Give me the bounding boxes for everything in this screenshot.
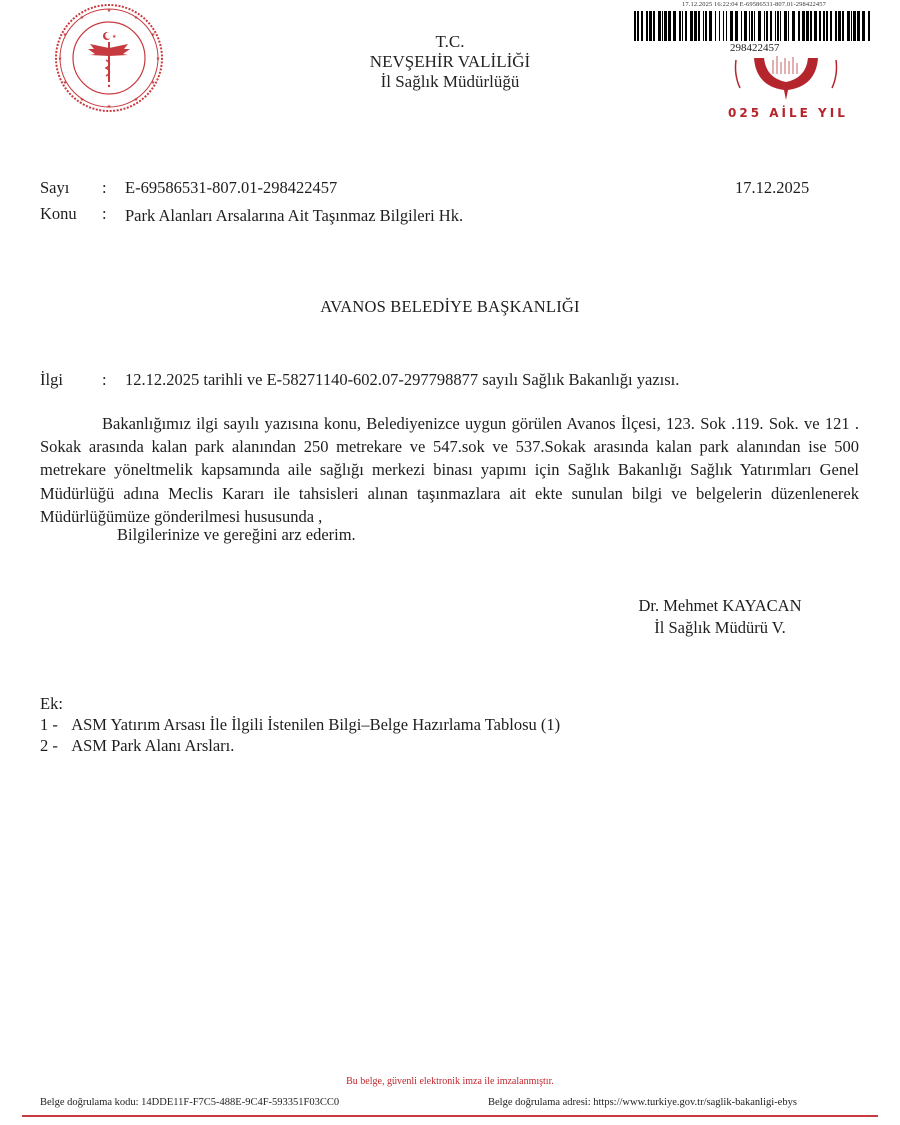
svg-text:★: ★ <box>151 32 156 38</box>
recipient-heading: AVANOS BELEDİYE BAŞKANLIĞI <box>0 297 900 317</box>
svg-text:★: ★ <box>63 80 68 86</box>
verification-code: Belge doğrulama kodu: 14DDE11F-F7C5-488E… <box>40 1097 339 1108</box>
document-header: T.C. NEVŞEHİR VALİLİĞİ İl Sağlık Müdürlü… <box>300 32 600 92</box>
attachment-title: ASM Park Alanı Arsları. <box>71 736 234 755</box>
ilgi-colon: : <box>102 370 107 390</box>
svg-text:★: ★ <box>107 8 112 14</box>
family-hands-icon: 2025 AİLE YILI <box>726 50 846 125</box>
attachment-number: 1 - <box>40 714 68 735</box>
footer-divider <box>22 1115 878 1117</box>
header-tc: T.C. <box>300 32 600 52</box>
seal-icon: ★ ★ ★ ★ ★ ★ ★ ★ ★ ★ ★ ★ ★ <box>50 2 168 114</box>
svg-text:★: ★ <box>112 34 117 40</box>
svg-text:★: ★ <box>151 80 156 86</box>
document-subject: Park Alanları Arsalarına Ait Taşınmaz Bi… <box>125 204 465 228</box>
attachment-number: 2 - <box>40 735 68 756</box>
ilgi-label: İlgi <box>40 370 63 390</box>
ilgi-reference: 12.12.2025 tarihli ve E-58271140-602.07-… <box>125 370 679 390</box>
closing-line: Bilgilerinize ve gereğini arz ederim. <box>117 525 356 545</box>
aile-yili-logo: 2025 AİLE YILI <box>726 50 846 125</box>
konu-label: Konu <box>40 204 77 224</box>
konu-colon: : <box>102 204 107 224</box>
attachments-label: Ek: <box>40 693 560 714</box>
signatory-name: Dr. Mehmet KAYACAN <box>600 595 840 617</box>
signature-block: Dr. Mehmet KAYACAN İl Sağlık Müdürü V. <box>600 595 840 639</box>
attachment-item: 2 - ASM Park Alanı Arsları. <box>40 735 560 756</box>
svg-text:★: ★ <box>134 97 139 103</box>
esignature-note: Bu belge, güvenli elektronik imza ile im… <box>0 1076 900 1087</box>
signatory-title: İl Sağlık Müdürü V. <box>600 617 840 639</box>
sayi-label: Sayı <box>40 178 69 198</box>
svg-text:★: ★ <box>134 15 139 21</box>
document-date: 17.12.2025 <box>735 178 809 198</box>
svg-text:★: ★ <box>58 56 63 62</box>
document-number: E-69586531-807.01-298422457 <box>125 178 337 198</box>
attachment-item: 1 - ASM Yatırım Arsası İle İlgili İsteni… <box>40 714 560 735</box>
svg-text:★: ★ <box>107 104 112 110</box>
barcode-icon <box>634 11 874 41</box>
sayi-colon: : <box>102 178 107 198</box>
attachments-list: Ek: 1 - ASM Yatırım Arsası İle İlgili İs… <box>40 693 560 756</box>
header-mudurluk: İl Sağlık Müdürlüğü <box>300 72 600 92</box>
saglik-bakanligi-logo: ★ ★ ★ ★ ★ ★ ★ ★ ★ ★ ★ ★ ★ <box>50 2 168 114</box>
svg-text:★: ★ <box>80 97 85 103</box>
svg-text:★: ★ <box>63 32 68 38</box>
svg-text:2025 AİLE YILI: 2025 AİLE YILI <box>726 105 846 120</box>
header-valilik: NEVŞEHİR VALİLİĞİ <box>300 52 600 72</box>
svg-text:★: ★ <box>80 15 85 21</box>
verification-address-link[interactable]: Belge doğrulama adresi: https://www.turk… <box>488 1097 797 1108</box>
svg-text:★: ★ <box>156 56 161 62</box>
attachment-title: ASM Yatırım Arsası İle İlgili İstenilen … <box>71 715 560 734</box>
body-paragraph: Bakanlığımız ilgi sayılı yazısına konu, … <box>40 412 859 528</box>
barcode-caption: 17.12.2025 16:22:04 E-69586531-807.01-29… <box>634 1 874 8</box>
